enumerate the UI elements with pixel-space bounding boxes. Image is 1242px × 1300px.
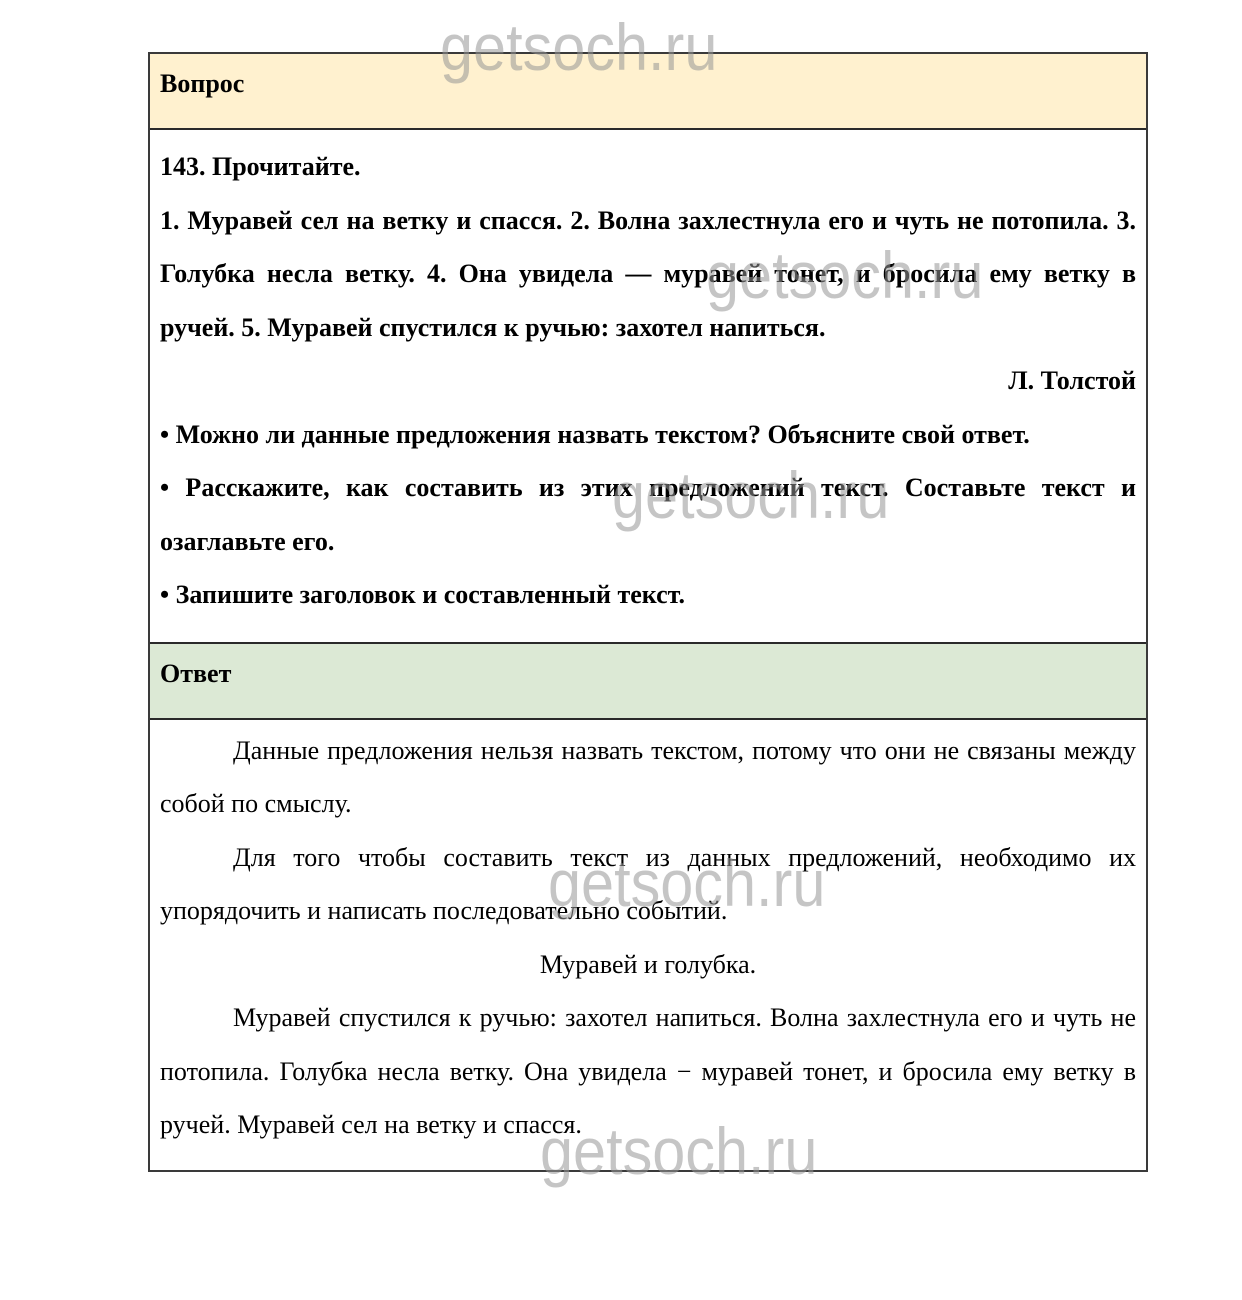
task-item: • Запишите заголовок и составленный текс… (160, 568, 1136, 622)
answer-header-label: Ответ (160, 659, 231, 688)
exercise-author: Л. Толстой (160, 354, 1136, 408)
story-text: Муравей спустился к ручью: захотел напит… (160, 991, 1136, 1152)
question-header-label: Вопрос (160, 69, 244, 98)
qa-table: Вопрос 143. Прочитайте. 1. Муравей сел н… (148, 52, 1148, 1172)
task-item: • Можно ли данные предложения назвать те… (160, 408, 1136, 462)
exercise-number: 143. Прочитайте. (160, 140, 1136, 194)
question-header: Вопрос (150, 54, 1146, 130)
answer-paragraph: Для того чтобы составить текст из данных… (160, 831, 1136, 938)
answer-body: Данные предложения нельзя назвать тексто… (150, 720, 1146, 1170)
task-item: • Расскажите, как составить из этих пред… (160, 461, 1136, 568)
story-title: Муравей и голубка. (160, 938, 1136, 992)
answer-paragraph: Данные предложения нельзя назвать тексто… (160, 724, 1136, 831)
question-body: 143. Прочитайте. 1. Муравей сел на ветку… (150, 130, 1146, 644)
answer-header: Ответ (150, 644, 1146, 720)
exercise-text: 1. Муравей сел на ветку и спасся. 2. Вол… (160, 194, 1136, 355)
